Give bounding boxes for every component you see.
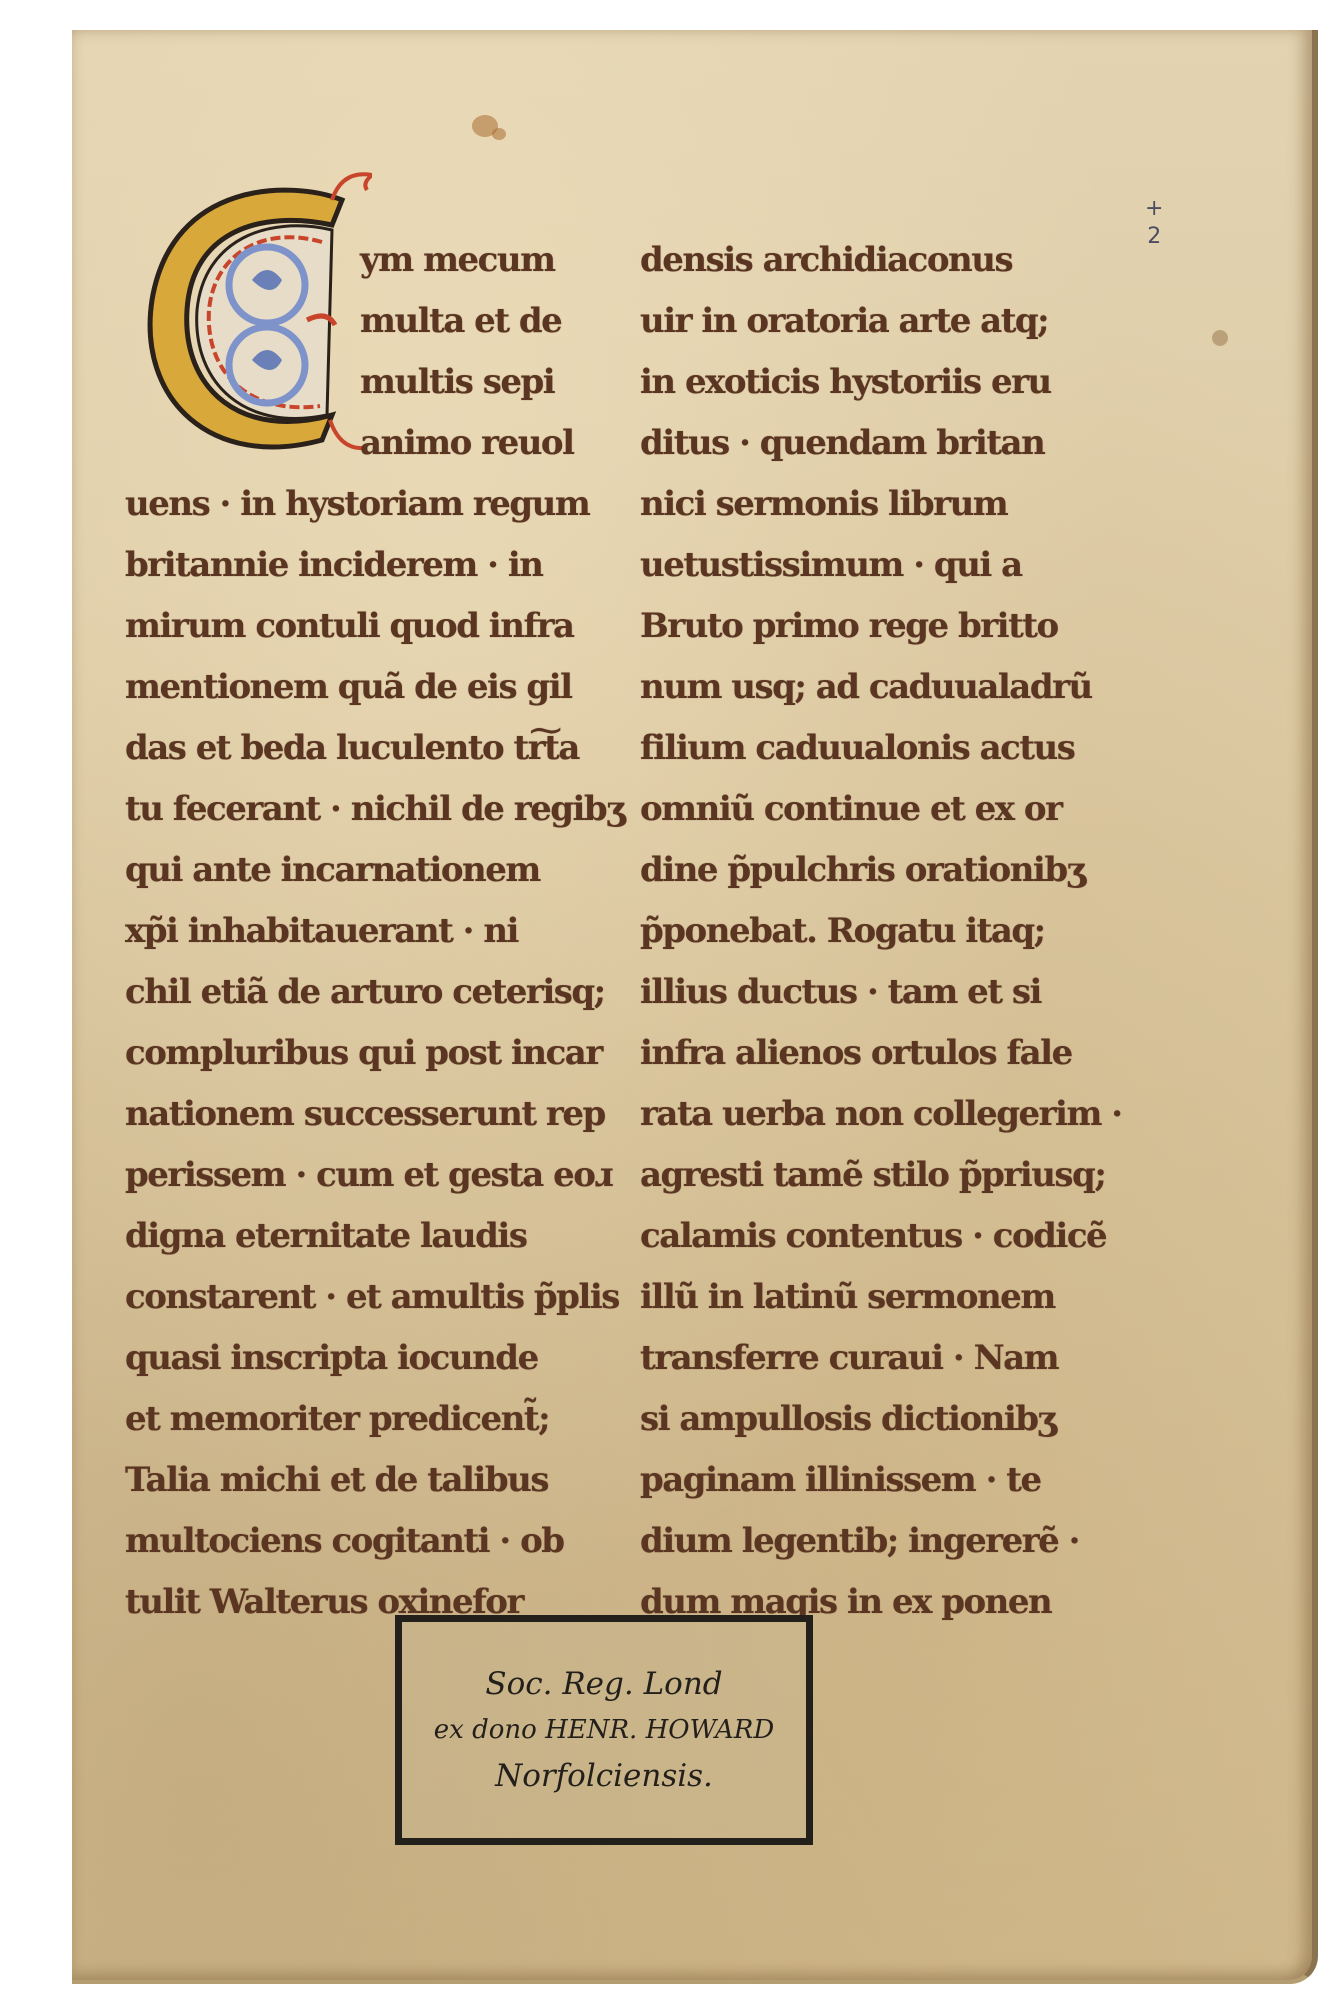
text-line: britannie inciderem · in: [125, 535, 595, 596]
text-line: perissem · cum et gesta eoɹ: [125, 1145, 595, 1206]
text-line: chil etiã de arturo ceterisq;: [125, 962, 595, 1023]
text-line: in exoticis hystoriis eru: [640, 352, 1160, 413]
text-line: uens · in hystoriam regum: [125, 474, 595, 535]
text-column-left: ym mecum multa et de multis sepi animo r…: [125, 230, 595, 1633]
text-line: constarent · et amultis p̃plis: [125, 1267, 595, 1328]
text-line: uir in oratoria arte atq;: [640, 291, 1160, 352]
bookplate-label: Soc. Reg. Lond ex dono HENR. HOWARD Norf…: [395, 1615, 813, 1845]
text-line: Bruto primo rege britto: [640, 596, 1160, 657]
text-line: mirum contuli quod infra: [125, 596, 595, 657]
text-line: qui ante incarnationem: [125, 840, 595, 901]
text-line: digna eternitate laudis: [125, 1206, 595, 1267]
text-line: ym mecum: [125, 230, 595, 291]
bookplate-line-donor: ex dono HENR. HOWARD: [434, 1707, 774, 1753]
text-line: xp̃i inhabitauerant · ni: [125, 901, 595, 962]
bookplate-line-society: Soc. Reg. Lond: [485, 1661, 722, 1707]
manuscript-page: C + 2 ym mecum multa et de multis sepi a…: [72, 30, 1318, 1984]
text-line: paginam illinissem · te: [640, 1450, 1160, 1511]
text-line: dine p̃pulchris orationibʒ: [640, 840, 1160, 901]
text-line: et memoriter predicent̃;: [125, 1389, 595, 1450]
bookplate-line-norfolk: Norfolciensis.: [495, 1753, 713, 1799]
text-line: filium caduualonis actus: [640, 718, 1160, 779]
text-line: multis sepi: [125, 352, 595, 413]
text-line: calamis contentus · codicẽ: [640, 1206, 1160, 1267]
text-line: omniũ continue et ex or: [640, 779, 1160, 840]
text-line: mentionem quã de eis gil: [125, 657, 595, 718]
text-line: tu fecerant · nichil de regibʒ: [125, 779, 595, 840]
stain-mark: [1212, 330, 1228, 346]
text-line: animo reuol: [125, 413, 595, 474]
text-line: illũ in latinũ sermonem: [640, 1267, 1160, 1328]
text-line: quasi inscripta iocunde: [125, 1328, 595, 1389]
text-line: das et beda luculento tr͠ta: [125, 718, 595, 779]
text-line: rata uerba non collegerim ·: [640, 1084, 1160, 1145]
text-line: uetustissimum · qui a: [640, 535, 1160, 596]
text-line: nici sermonis librum: [640, 474, 1160, 535]
text-line: multociens cogitanti · ob: [125, 1511, 595, 1572]
text-line: si ampullosis dictionibʒ: [640, 1389, 1160, 1450]
text-line: ditus · quendam britan: [640, 413, 1160, 474]
text-line: dium legentib; ingererẽ ·: [640, 1511, 1160, 1572]
text-line: illius ductus · tam et si: [640, 962, 1160, 1023]
stain-mark: [492, 128, 506, 140]
folio-cross: +: [1145, 195, 1163, 223]
text-line: nationem successerunt rep: [125, 1084, 595, 1145]
text-line: agresti tamẽ stilo p̃priusq;: [640, 1145, 1160, 1206]
text-line: p̃ponebat. Rogatu itaq;: [640, 901, 1160, 962]
text-line: compluribus qui post incar: [125, 1023, 595, 1084]
text-line: num usq; ad caduualadrũ: [640, 657, 1160, 718]
text-column-right: densis archidiaconus uir in oratoria art…: [640, 230, 1160, 1633]
text-line: infra alienos ortulos fale: [640, 1023, 1160, 1084]
text-line: Talia michi et de talibus: [125, 1450, 595, 1511]
text-line: multa et de: [125, 291, 595, 352]
text-line: densis archidiaconus: [640, 230, 1160, 291]
text-line: transferre curaui · Nam: [640, 1328, 1160, 1389]
